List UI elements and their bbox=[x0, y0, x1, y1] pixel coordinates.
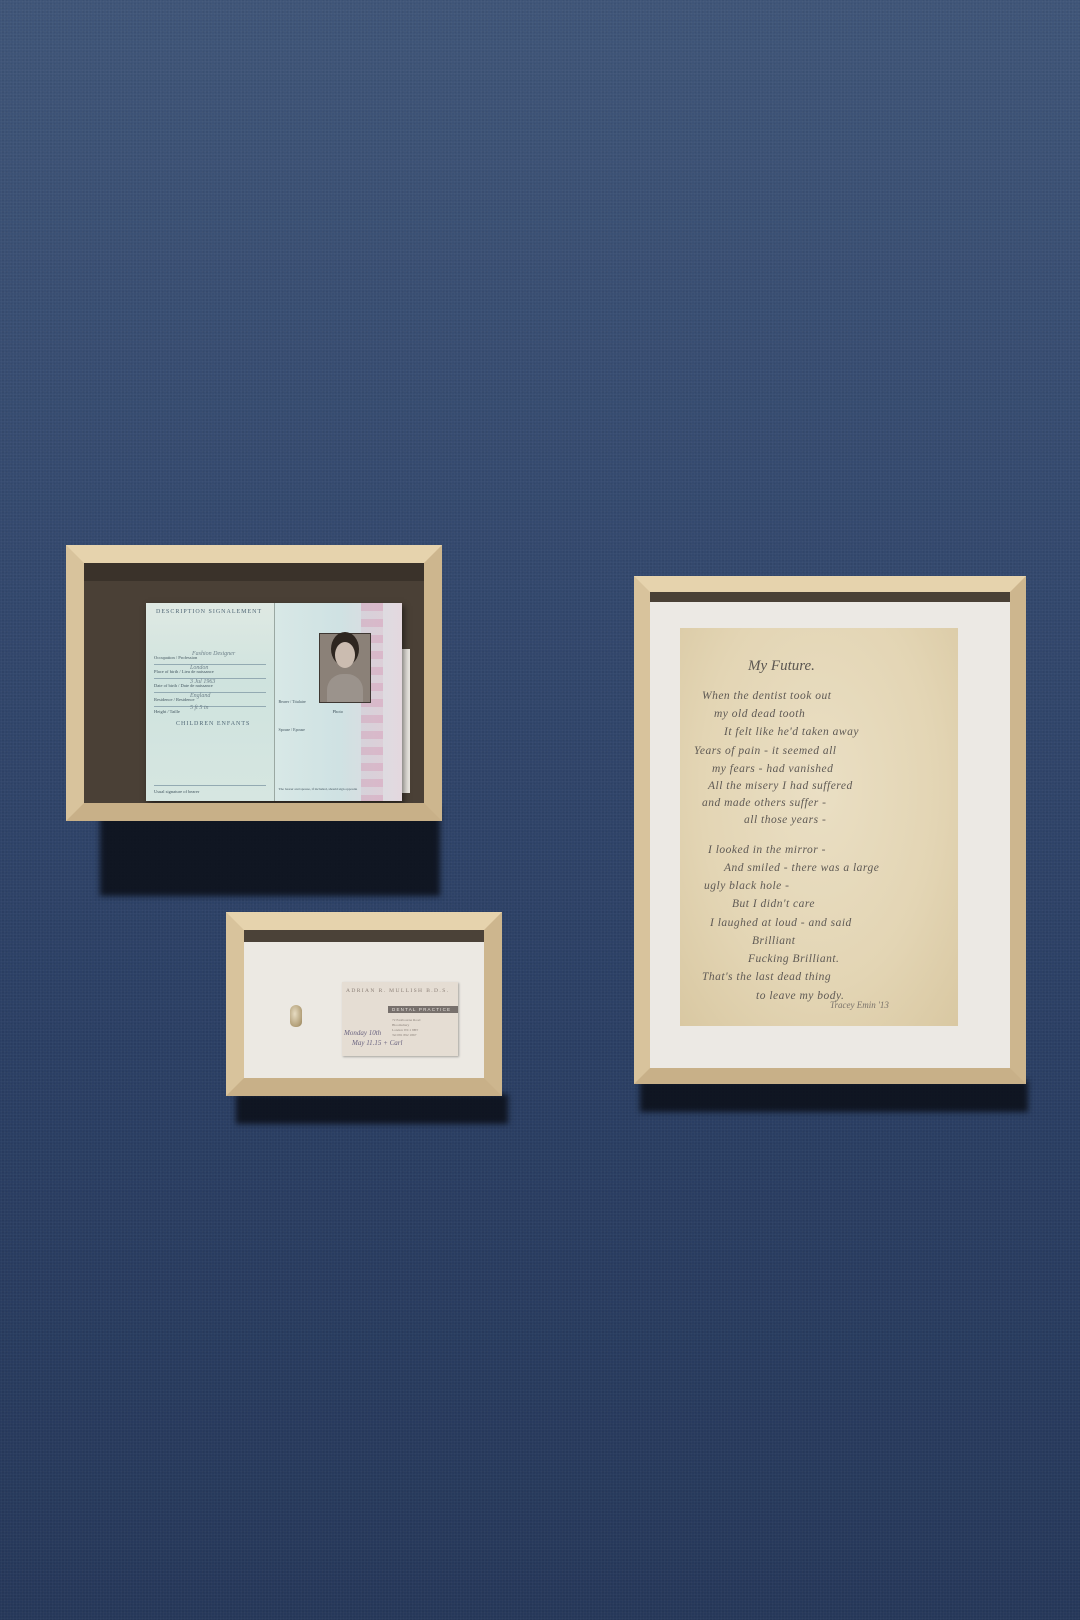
frame-lip bbox=[244, 930, 484, 942]
passport-handwriting: London bbox=[190, 665, 208, 671]
business-card: ADRIAN R. MULLISH B.D.S. DENTAL PRACTICE… bbox=[342, 982, 458, 1056]
letter-line: It felt like he'd taken away bbox=[724, 726, 859, 738]
passport-footer: The bearer and spouse, if included, shou… bbox=[279, 787, 399, 791]
frame-lip bbox=[84, 563, 424, 581]
passport-handwriting: Fashion Designer bbox=[192, 651, 235, 657]
portrait-face bbox=[335, 642, 355, 668]
passport-header: DESCRIPTION SIGNALEMENT bbox=[156, 609, 262, 615]
tooth bbox=[290, 1005, 302, 1027]
passport-frame: DESCRIPTION SIGNALEMENT Occupation / Pro… bbox=[66, 545, 442, 821]
passport-handwriting: 3 Jul 1963 bbox=[190, 679, 215, 685]
passport-left-page: DESCRIPTION SIGNALEMENT Occupation / Pro… bbox=[146, 603, 275, 801]
address-line: London WC1 8BT bbox=[392, 1028, 418, 1032]
address-line: Tel 081 892 1867 bbox=[392, 1033, 417, 1037]
letter-frame-shadow bbox=[640, 1080, 1028, 1112]
letter-line: Fucking Brilliant. bbox=[748, 953, 839, 965]
photo-label: Photo bbox=[333, 709, 344, 714]
passport-right-page: Photo Bearer / Titulaire Spouse / Epouse… bbox=[275, 603, 403, 801]
letter-frame: My Future. When the dentist took out my … bbox=[634, 576, 1026, 1084]
passport-handwriting: 5 ft 5 in bbox=[190, 705, 209, 711]
photo-scene: { "scene": { "description": "Three woode… bbox=[0, 0, 1080, 1620]
passport: DESCRIPTION SIGNALEMENT Occupation / Pro… bbox=[146, 603, 402, 801]
divider bbox=[154, 706, 266, 707]
letter-line: That's the last dead thing bbox=[702, 971, 831, 983]
letter-line: When the dentist took out bbox=[702, 690, 831, 702]
passport-label: Occupation / Profession bbox=[154, 655, 197, 660]
artist-signature: Tracey Emin '13 bbox=[830, 1000, 889, 1010]
letter-line: Years of pain - it seemed all bbox=[694, 745, 837, 757]
letter-line: my old dead tooth bbox=[714, 708, 805, 720]
address-line: 72 Eastbourne Road bbox=[392, 1018, 420, 1022]
letter-line: my fears - had vanished bbox=[712, 763, 833, 775]
letter-line: and made others suffer - bbox=[702, 797, 826, 809]
letter-line: All the misery I had suffered bbox=[708, 780, 853, 792]
letter-line: And smiled - there was a large bbox=[724, 862, 879, 874]
frame-lip bbox=[650, 592, 1010, 602]
letter-line: I laughed at loud - and said bbox=[710, 917, 852, 929]
bearer-label: Bearer / Titulaire bbox=[279, 699, 306, 704]
passport-label: Residence / Residence bbox=[154, 697, 195, 702]
portrait-body bbox=[327, 674, 363, 702]
card-frame-mat: ADRIAN R. MULLISH B.D.S. DENTAL PRACTICE… bbox=[244, 930, 484, 1078]
passport-label: Height / Taille bbox=[154, 709, 180, 714]
passport-children-heading: CHILDREN ENFANTS bbox=[176, 721, 250, 727]
dentist-name: ADRIAN R. MULLISH B.D.S. bbox=[346, 988, 449, 994]
appointment-note: Monday 10th bbox=[344, 1029, 381, 1037]
letter-line: But I didn't care bbox=[732, 898, 815, 910]
passport-frame-back: DESCRIPTION SIGNALEMENT Occupation / Pro… bbox=[84, 563, 424, 803]
divider bbox=[154, 664, 266, 665]
appointment-note: May 11.15 + Carl bbox=[352, 1039, 402, 1047]
passport-signature-label: Usual signature of bearer bbox=[154, 789, 199, 794]
handwritten-letter: My Future. When the dentist took out my … bbox=[680, 628, 958, 1026]
card-frame: ADRIAN R. MULLISH B.D.S. DENTAL PRACTICE… bbox=[226, 912, 502, 1096]
letter-line: ugly black hole - bbox=[704, 880, 789, 892]
letter-line: Brilliant bbox=[752, 935, 795, 947]
passport-handwriting: England bbox=[190, 693, 210, 699]
dental-practice-banner: DENTAL PRACTICE bbox=[388, 1006, 458, 1013]
spouse-label: Spouse / Epouse bbox=[279, 727, 305, 732]
card-frame-shadow bbox=[236, 1094, 508, 1124]
passport-photo bbox=[319, 633, 371, 703]
letter-frame-mat: My Future. When the dentist took out my … bbox=[650, 592, 1010, 1068]
letter-title: My Future. bbox=[748, 658, 815, 675]
letter-line: I looked in the mirror - bbox=[708, 844, 826, 856]
letter-line: all those years - bbox=[744, 814, 826, 826]
divider bbox=[154, 785, 266, 786]
address-line: Bloomsbury bbox=[392, 1023, 409, 1027]
